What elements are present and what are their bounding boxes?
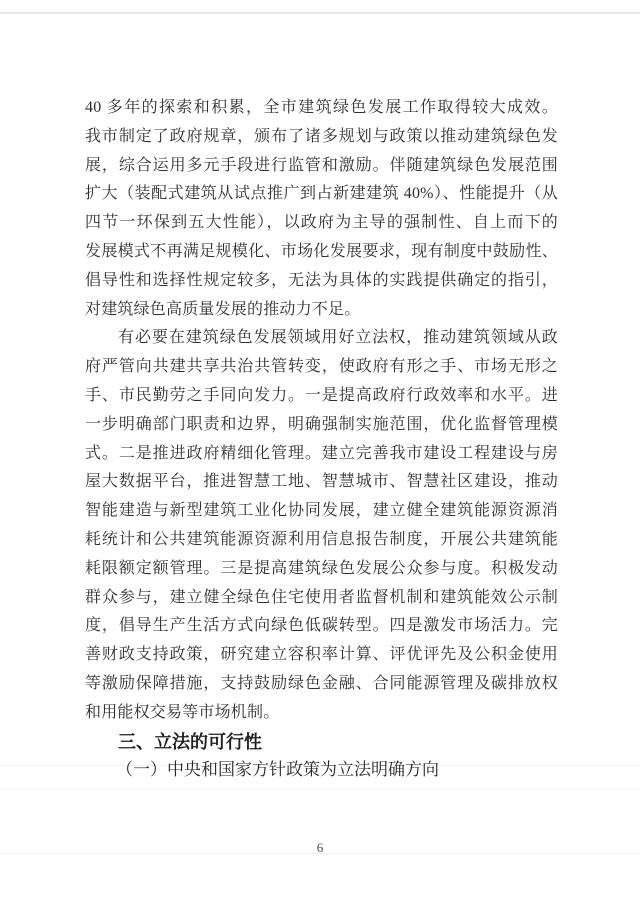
body-line: 府严管向共建共享共治共管转变，使政府有形之手、市场无形之 — [85, 353, 558, 382]
body-line: 耗统计和公共建筑能源资源利用信息报告制度，开展公共建筑能 — [85, 526, 558, 555]
body-line: 我市制定了政府规章，颁布了诸多规划与政策以推动建筑绿色发 — [85, 123, 558, 152]
section-heading: 三、立法的可行性 — [85, 728, 558, 757]
text-block: 40 多年的探索和积累，全市建筑绿色发展工作取得较大成效。 我市制定了政府规章，… — [85, 94, 558, 785]
scan-artifact-line — [0, 788, 640, 789]
body-line: 扩大（装配式建筑从试点推广到占新建建筑 40%）、性能提升（从 — [85, 180, 558, 209]
body-line: 40 多年的探索和积累，全市建筑绿色发展工作取得较大成效。 — [85, 94, 558, 123]
body-line: 式。二是推进政府精细化管理。建立完善我市建设工程建设与房 — [85, 440, 558, 469]
scan-artifact-line — [0, 12, 640, 14]
body-line: 等激励保障措施，支持鼓励绿色金融、合同能源管理及碳排放权 — [85, 670, 558, 699]
body-line: 度，倡导生产生活方式向绿色低碳转型。四是激发市场活力。完 — [85, 612, 558, 641]
body-line: 耗限额定额管理。三是提高建筑绿色发展公众参与度。积极发动 — [85, 555, 558, 584]
subsection-heading: （一）中央和国家方针政策为立法明确方向 — [85, 756, 558, 785]
body-line: 倡导性和选择性规定较多，无法为具体的实践提供确定的指引， — [85, 267, 558, 296]
body-line: 发展模式不再满足规模化、市场化发展要求，现有制度中鼓励性、 — [85, 238, 558, 267]
body-line: 四节一环保到五大性能），以政府为主导的强制性、自上而下的 — [85, 209, 558, 238]
body-line: 展，综合运用多元手段进行监管和激励。伴随建筑绿色发展范围 — [85, 152, 558, 181]
page-number: 6 — [0, 840, 640, 856]
body-line: 善财政支持政策，研究建立容积率计算、评优评先及公积金使用 — [85, 641, 558, 670]
body-line: 群众参与，建立健全绿色住宅使用者监督机制和建筑能效公示制 — [85, 584, 558, 613]
body-line: 屋大数据平台，推进智慧工地、智慧城市、智慧社区建设，推动 — [85, 468, 558, 497]
body-line: 对建筑绿色高质量发展的推动力不足。 — [85, 296, 558, 325]
body-line: 一步明确部门职责和边界，明确强制实施范围，优化监督管理模 — [85, 411, 558, 440]
body-line: 手、市民勤劳之手同向发力。一是提高政府行政效率和水平。进 — [85, 382, 558, 411]
body-line: 和用能权交易等市场机制。 — [85, 699, 558, 728]
body-line: 智能建造与新型建筑工业化协同发展，建立健全建筑能源资源消 — [85, 497, 558, 526]
document-page: 40 多年的探索和积累，全市建筑绿色发展工作取得较大成效。 我市制定了政府规章，… — [0, 0, 640, 904]
body-line: 有必要在建筑绿色发展领域用好立法权，推动建筑领域从政 — [85, 324, 558, 353]
